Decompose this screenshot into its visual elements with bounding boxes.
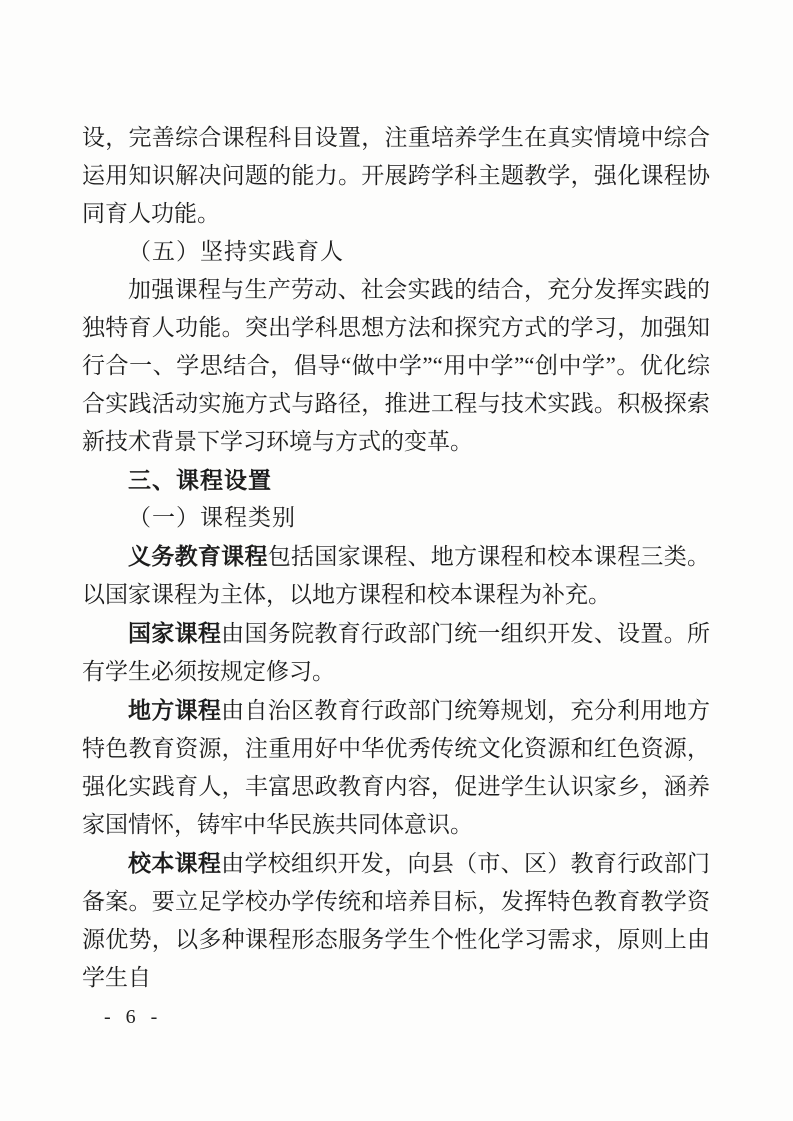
heading-curriculum-setup: 三、课程设置 bbox=[82, 461, 710, 499]
subheading-course-categories: （一）课程类别 bbox=[82, 499, 710, 537]
subheading-section-five: （五）坚持实践育人 bbox=[82, 233, 710, 271]
paragraph-continued: 设，完善综合课程科目设置，注重培养学生在真实情境中综合运用知识解决问题的能力。开… bbox=[82, 119, 710, 233]
lead-local-courses: 地方课程 bbox=[128, 697, 221, 723]
lead-compulsory-education-courses: 义务教育课程 bbox=[128, 543, 268, 569]
paragraph-compulsory-courses: 义务教育课程包括国家课程、地方课程和校本课程三类。以国家课程为主体，以地方课程和… bbox=[82, 537, 710, 614]
paragraph-school-courses: 校本课程由学校组织开发，向县（市、区）教育行政部门备案。要立足学校办学传统和培养… bbox=[82, 844, 710, 997]
lead-school-based-courses: 校本课程 bbox=[128, 850, 221, 876]
paragraph-practice-education: 加强课程与生产劳动、社会实践的结合，充分发挥实践的独特育人功能。突出学科思想方法… bbox=[82, 271, 710, 461]
document-page: 设，完善综合课程科目设置，注重培养学生在真实情境中综合运用知识解决问题的能力。开… bbox=[0, 0, 793, 1121]
paragraph-local-courses: 地方课程由自治区教育行政部门统筹规划，充分利用地方特色教育资源，注重用好中华优秀… bbox=[82, 691, 710, 844]
paragraph-national-courses: 国家课程由国务院教育行政部门统一组织开发、设置。所有学生必须按规定修习。 bbox=[82, 614, 710, 691]
text-block: 设，完善综合课程科目设置，注重培养学生在真实情境中综合运用知识解决问题的能力。开… bbox=[82, 119, 710, 997]
lead-national-courses: 国家课程 bbox=[128, 620, 221, 646]
page-number: - 6 - bbox=[104, 1006, 162, 1029]
